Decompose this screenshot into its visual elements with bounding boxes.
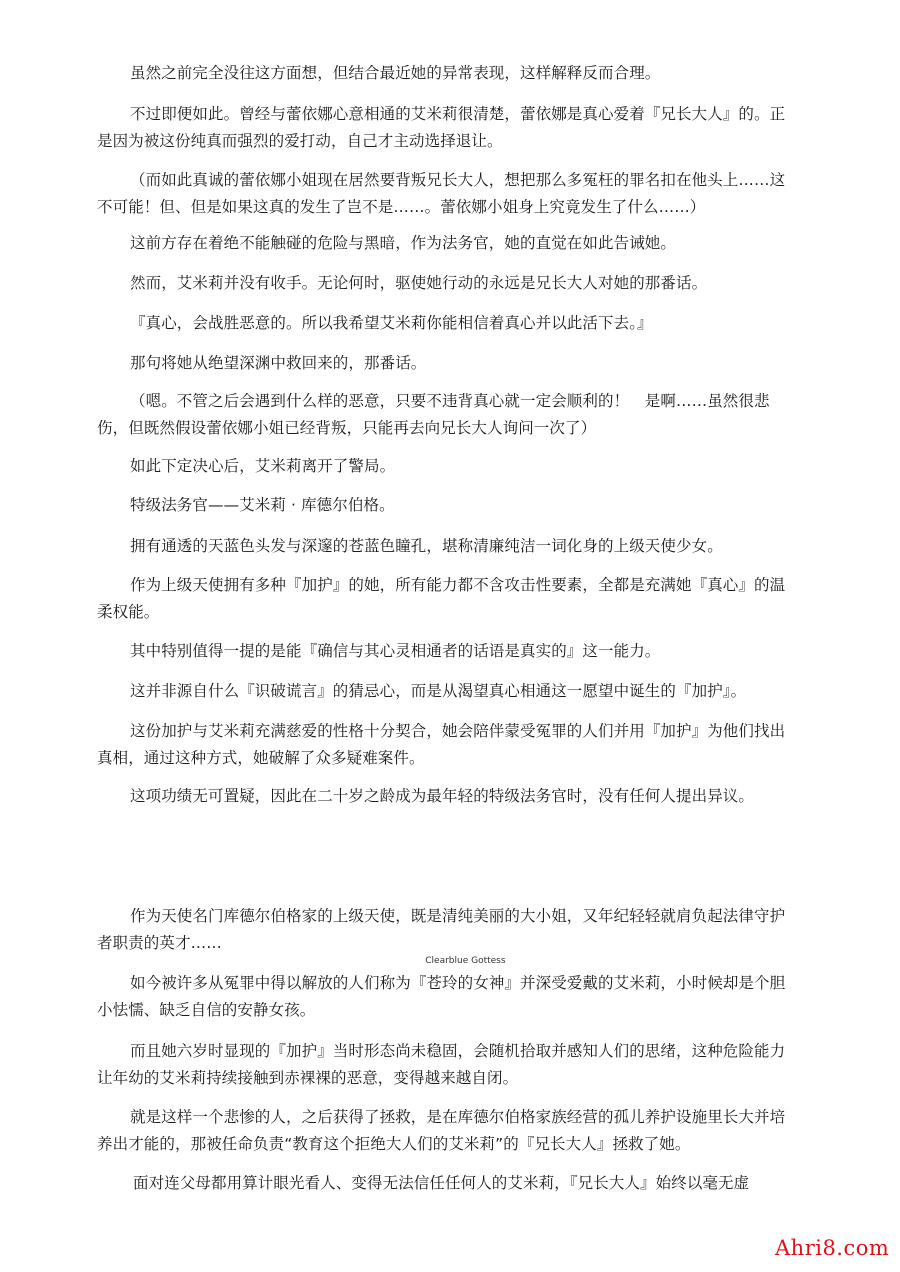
ruby-base: 『苍玲的女神』 bbox=[411, 974, 520, 992]
document-page: 虽然之前完全没往这方面想，但结合最近她的异常表现，这样解释反而合理。 不过即便如… bbox=[0, 0, 900, 1272]
paragraph: （而如此真诚的蕾依娜小姐现在居然要背叛兄长大人，想把那么多冤枉的罪名扣在他头上…… bbox=[97, 167, 787, 221]
paragraph: 其中特别值得一提的是能『确信与其心灵相通者的话语是真实的』这一能力。 bbox=[97, 638, 797, 665]
quote-paragraph: 『真心，会战胜恶意的。所以我希望艾米莉你能相信着真心并以此活下去。』 bbox=[97, 310, 797, 337]
paragraph: 这项功绩无可置疑，因此在二十岁之龄成为最年轻的特级法务官时，没有任何人提出异议。 bbox=[97, 783, 797, 810]
ruby-annotation: Clearblue Gottess bbox=[425, 956, 505, 966]
text-segment: 如今被许多从冤罪中得以解放的人们称为 bbox=[130, 974, 411, 992]
paragraph: 然而，艾米莉并没有收手。无论何时，驱使她行动的永远是兄长大人对她的那番话。 bbox=[97, 270, 797, 297]
paragraph: 如此下定决心后，艾米莉离开了警局。 bbox=[97, 453, 797, 480]
paragraph: （嗯。不管之后会遇到什么样的恶意，只要不违背真心就一定会顺利的！ 是啊……虽然很… bbox=[97, 388, 787, 442]
paragraph: 不过即便如此。曾经与蕾依娜心意相通的艾米莉很清楚，蕾依娜是真心爱着『兄长大人』的… bbox=[97, 101, 797, 155]
paragraph: 那句将她从绝望深渊中救回来的，那番话。 bbox=[97, 350, 797, 377]
paragraph: 虽然之前完全没往这方面想，但结合最近她的异常表现，这样解释反而合理。 bbox=[97, 60, 797, 87]
paragraph: 面对连父母都用算计眼光看人、变得无法信任任何人的艾米莉，『兄长大人』始终以毫无虚 bbox=[100, 1170, 800, 1197]
paragraph: 作为上级天使拥有多种『加护』的她，所有能力都不含攻击性要素，全都是充满她『真心』… bbox=[97, 572, 797, 626]
paragraph: 这前方存在着绝不能触碰的危险与黑暗，作为法务官，她的直觉在如此告诫她。 bbox=[97, 230, 797, 257]
paragraph: 如今被许多从冤罪中得以解放的人们称为Clearblue Gottess『苍玲的女… bbox=[97, 970, 797, 1024]
paragraph: 拥有通透的天蓝色头发与深邃的苍蓝色瞳孔，堪称清廉纯洁一词化身的上级天使少女。 bbox=[97, 533, 797, 560]
paragraph: 特级法务官——艾米莉 · 库德尔伯格。 bbox=[97, 492, 797, 519]
paragraph: 而且她六岁时显现的『加护』当时形态尚未稳固，会随机拾取并感知人们的思绪，这种危险… bbox=[97, 1038, 797, 1092]
watermark: Ahri8.com bbox=[775, 1236, 889, 1260]
paragraph: 这份加护与艾米莉充满慈爱的性格十分契合，她会陪伴蒙受冤罪的人们并用『加护』为他们… bbox=[97, 718, 797, 772]
ruby-term: Clearblue Gottess『苍玲的女神』 bbox=[411, 970, 520, 997]
paragraph: 这并非源自什么『识破谎言』的猜忌心，而是从渴望真心相通这一愿望中诞生的『加护』。 bbox=[97, 678, 797, 705]
paragraph: 就是这样一个悲惨的人，之后获得了拯救，是在库德尔伯格家族经营的孤儿养护设施里长大… bbox=[97, 1104, 797, 1158]
paragraph: 作为天使名门库德尔伯格家的上级天使，既是清纯美丽的大小姐，又年纪轻轻就肩负起法律… bbox=[97, 903, 797, 957]
